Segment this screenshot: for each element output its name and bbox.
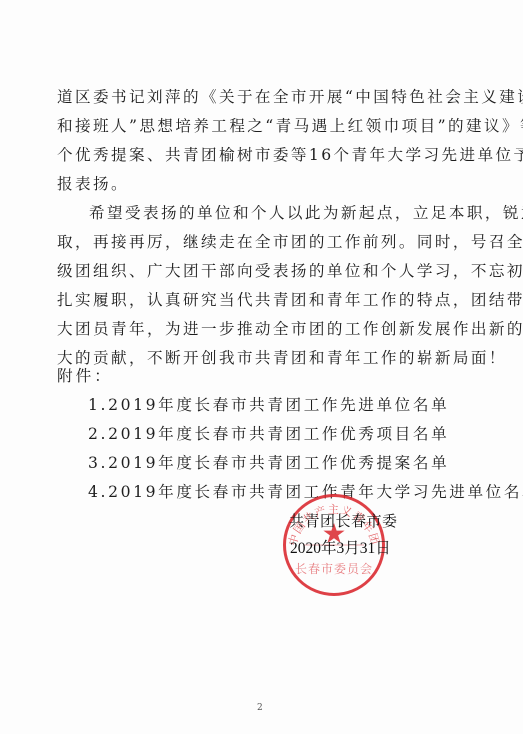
text-line: 大的贡献，不断开创我市共青团和青年工作的崭新局面！ [57, 348, 469, 368]
attachment-item: 3.2019年度长春市共青团工作优秀提案名单 [88, 453, 449, 473]
text-line: 取，再接再厉，继续走在全市团的工作前列。同时，号召全市各 [57, 232, 469, 252]
text-line: 级团组织、广大团干部向受表扬的单位和个人学习，不忘初心、 [57, 261, 469, 281]
text-line: 报表扬。 [57, 174, 469, 194]
text-line: 和接班人”思想培养工程之“青马遇上红领巾项目”的建议》等6 [57, 116, 469, 136]
text-line: 希望受表扬的单位和个人以此为新起点，立足本职，锐意进 [89, 203, 469, 223]
signature-date: 2020年3月31日 [290, 539, 391, 559]
signature-organization: 共青团长春市委 [289, 511, 398, 531]
text-line: 个优秀提案、共青团榆树市委等16个青年大学习先进单位予以通 [57, 145, 469, 165]
text-line: 道区委书记刘萍的《关于在全市开展“中国特色社会主义建设者 [57, 87, 469, 107]
attachment-item: 1.2019年度长春市共青团工作先进单位名单 [88, 395, 449, 415]
attachment-item: 2.2019年度长春市共青团工作优秀项目名单 [88, 424, 449, 444]
attachments-label: 附件： [57, 366, 113, 386]
svg-text:长春市委员会: 长春市委员会 [295, 562, 373, 576]
text-line: 大团员青年，为进一步推动全市团的工作创新发展作出新的、更 [57, 319, 469, 339]
text-line: 扎实履职，认真研究当代共青团和青年工作的特点，团结带领广 [57, 290, 469, 310]
page-number: 2 [257, 703, 263, 713]
document-page: 道区委书记刘萍的《关于在全市开展“中国特色社会主义建设者 和接班人”思想培养工程… [0, 0, 523, 734]
